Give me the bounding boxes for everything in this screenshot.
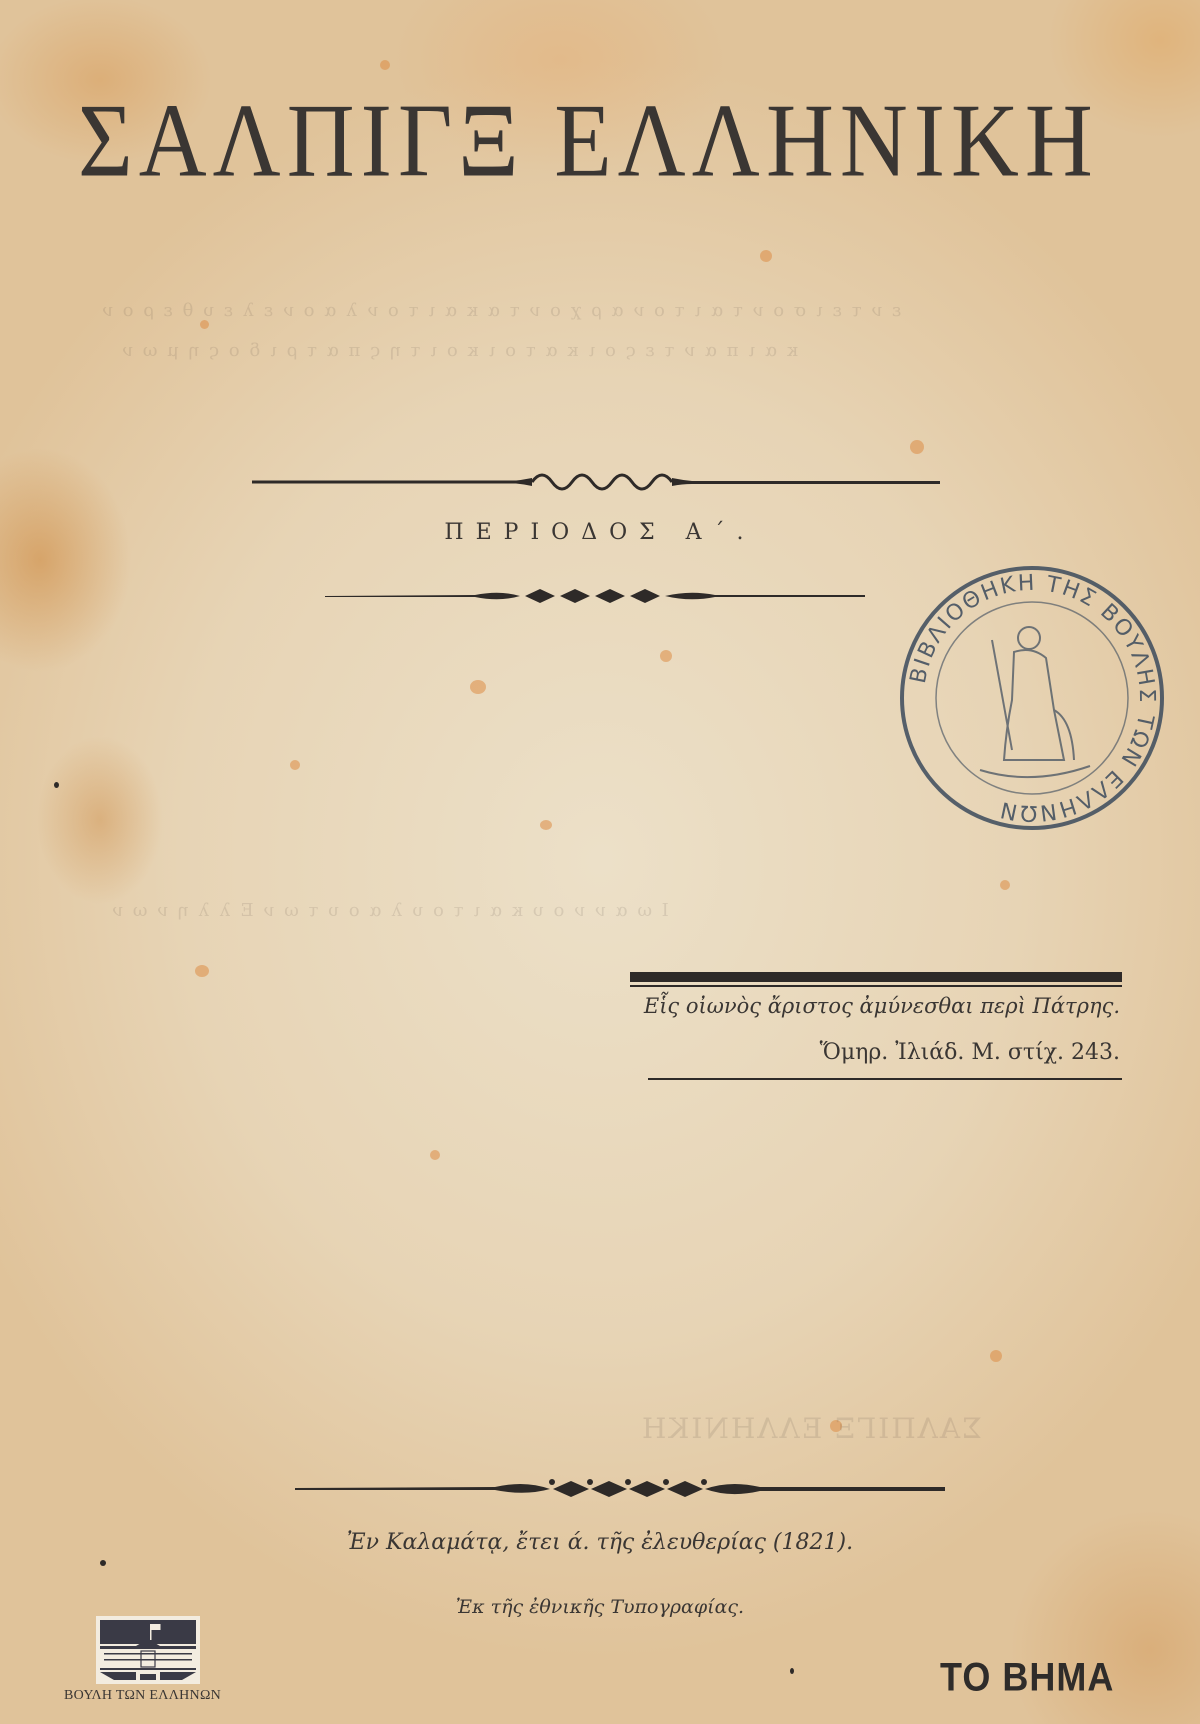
foxing-spot <box>990 1350 1002 1362</box>
library-stamp: ΒΙΒΛΙΟΘΗΚΗ ΤΗΣ ΒΟΥΛΗΣ ΤΩΝ ΕΛΛΗΝΩΝ <box>894 560 1170 836</box>
foxing-spot <box>910 440 924 454</box>
foxing-spot <box>660 650 672 662</box>
masthead-title: ΣΑΛΠΙΓΞ ΕΛΛΗΝΙΚΗ <box>78 88 1118 193</box>
period-label: ΠΕΡΙΟΔΟΣ Α΄. <box>0 520 1200 545</box>
imprint-press: Ἐκ τῆς ἐθνικῆς Τυπογραφίας. <box>0 1596 1200 1618</box>
stamp-text: ΒΙΒΛΙΟΘΗΚΗ ΤΗΣ ΒΟΥΛΗΣ ΤΩΝ ΕΛΛΗΝΩΝ <box>906 571 1159 826</box>
parliament-logo-caption: ΒΟΥΛΗ ΤΩΝ ΕΛΛΗΝΩΝ <box>64 1688 221 1704</box>
foxing-spot <box>430 1150 440 1160</box>
foxing-spot <box>290 760 300 770</box>
bleed-through-text: ΣΑΛΠΙΓΞ ΕΛΛΗΝΙΚΗ <box>640 1412 982 1445</box>
foxing-spot <box>760 250 772 262</box>
ink-dot <box>100 1560 106 1566</box>
foxing-spot <box>200 320 209 329</box>
foxing-spot <box>195 965 209 977</box>
bleed-through-text: Ι ω α ν ν ο υ κ α ι τ ο υ λ α ο υ τ ω ν … <box>110 900 669 921</box>
bleed-through-text: κ α ι π α ν τ ε ς ο ι κ α τ ο ι κ ο ι τ … <box>120 340 798 361</box>
ink-dot <box>54 782 59 788</box>
ink-dot <box>790 1668 794 1674</box>
epigraph-top-rule <box>630 972 1122 982</box>
epigraph-bottom-rule <box>648 1078 1122 1080</box>
publisher-brand: ΤΟ ΒΗΜΑ <box>940 1654 1114 1700</box>
ornamental-wave-rule <box>252 472 940 492</box>
foxing-spot <box>380 60 390 70</box>
foxing-spot <box>540 820 552 830</box>
imprint-place-date: Ἐν Καλαμάτᾳ, ἔτει ά. τῆς ἐλευθερίας (182… <box>0 1530 1200 1555</box>
foxing-spot <box>470 680 486 694</box>
newspaper-front-page: ε ν τ ε ι σ ο ν τ α ι τ ο ν α ρ χ ο ν τ … <box>0 0 1200 1724</box>
epigraph-top-rule-thin <box>630 985 1122 987</box>
epigraph-quote: Εἷς οἰωνὸς ἄριστος ἀμύνεσθαι περὶ Πάτρης… <box>644 994 1120 1018</box>
parliament-logo <box>96 1616 200 1684</box>
parliament-building-icon <box>96 1616 200 1684</box>
bleed-through-text: ε ν τ ε ι σ ο ν τ α ι τ ο ν α ρ χ ο ν τ … <box>100 300 901 321</box>
ornamental-diamond-rule-bottom <box>295 1476 945 1502</box>
ornamental-diamond-rule <box>325 584 865 608</box>
epigraph-citation: Ὅμηρ. Ἰλιάδ. Μ. στίχ. 243. <box>820 1040 1120 1065</box>
svg-text:ΒΙΒΛΙΟΘΗΚΗ ΤΗΣ ΒΟΥΛΗΣ ΤΩΝ ΕΛΛΗ: ΒΙΒΛΙΟΘΗΚΗ ΤΗΣ ΒΟΥΛΗΣ ΤΩΝ ΕΛΛΗΝΩΝ <box>906 571 1159 826</box>
foxing-spot <box>1000 880 1010 890</box>
